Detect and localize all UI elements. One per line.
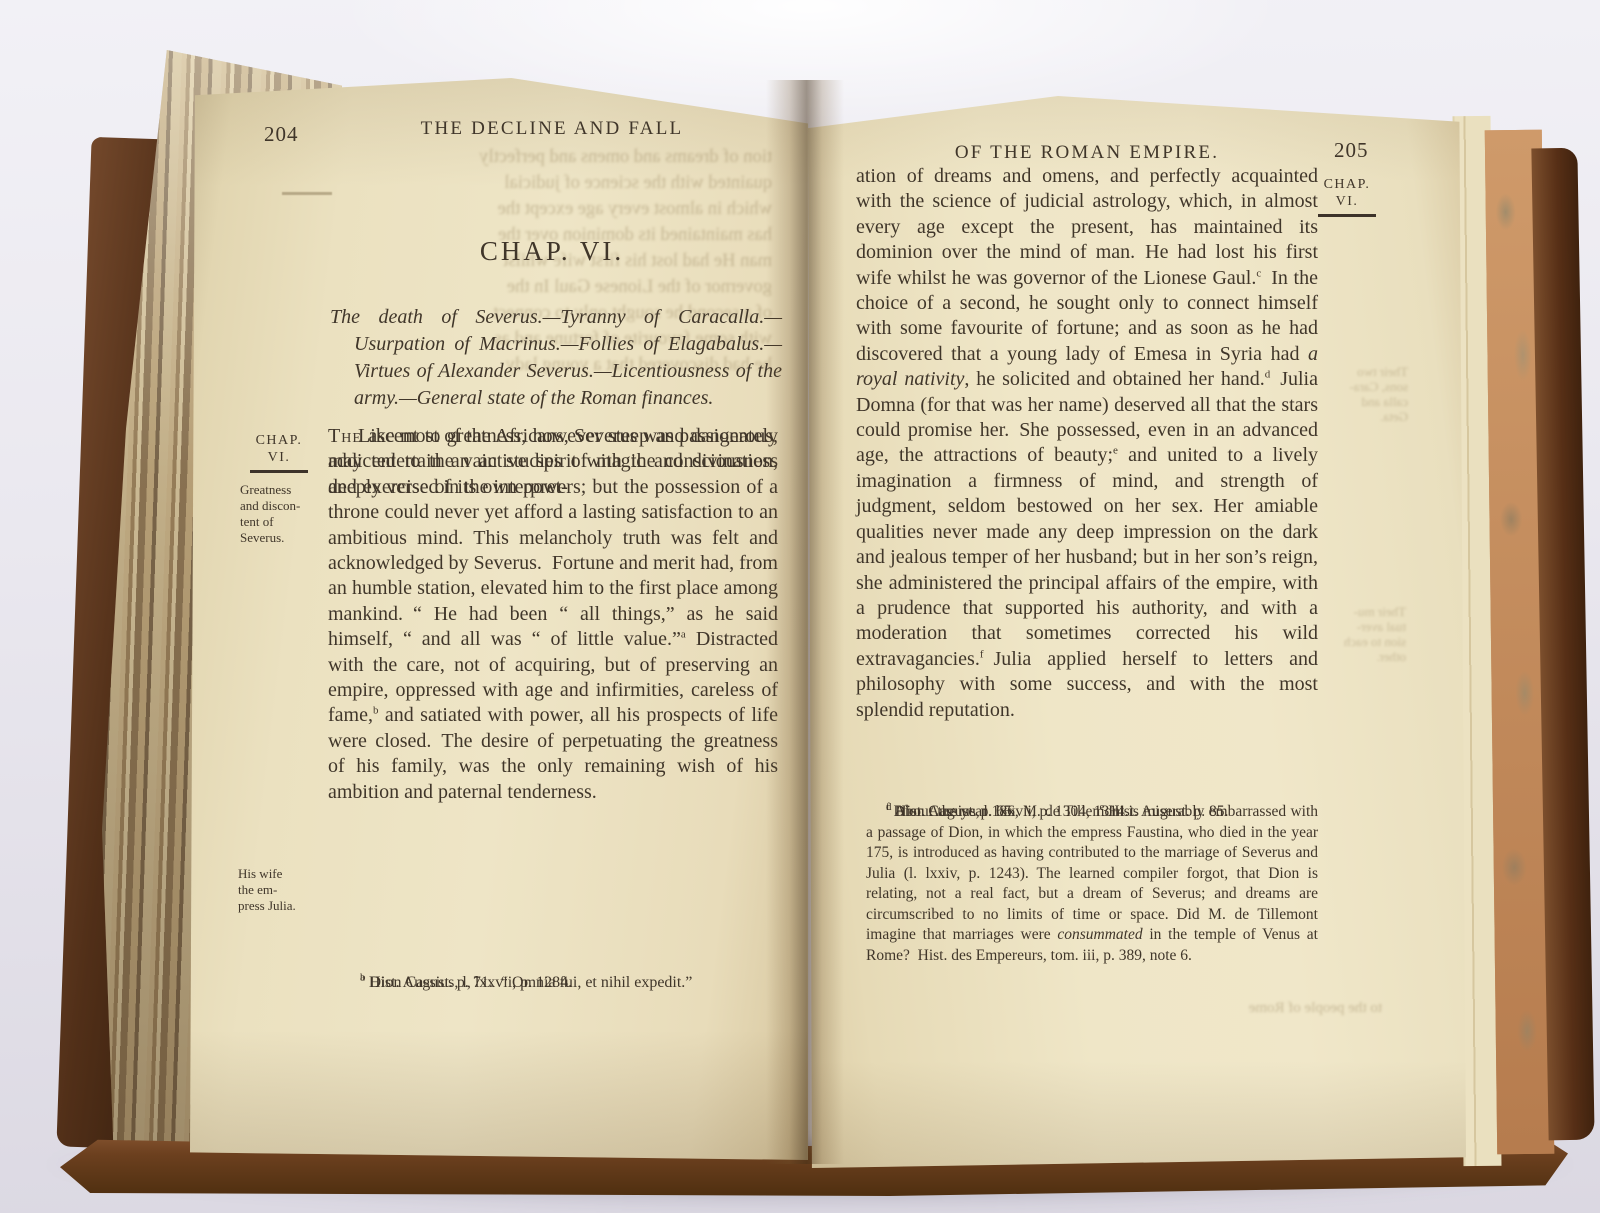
paragraph-continued: ation of dreams and omens, and perfectly… [856,164,1318,723]
show-through-margin-note: Their twosons, Cara-calla andGeta. [1344,364,1408,424]
chapter-heading: CHAP. VI. [328,236,776,267]
margin-rule [250,470,308,473]
footnote-b: b Dion Cassius, l, lxxvii, p. 1284. [340,972,572,994]
margin-note-julia: His wifethe em-press Julia. [238,866,324,914]
left-page-number: 204 [264,122,299,147]
book-photograph: 204 THE DECLINE AND FALL tion of dreams … [0,0,1600,1213]
left-page: 204 THE DECLINE AND FALL tion of dreams … [190,78,808,1160]
show-through-rule [282,192,332,195]
right-page-number: 205 [1334,138,1369,163]
right-page: OF THE ROMAN EMPIRE. 205 CHAP.VI. Their … [808,96,1466,1168]
footnote-c: c About the year 186, M. de Tillemont is… [866,802,1318,966]
margin-note-chap-right: CHAP.VI. [1314,176,1380,217]
chapter-argument: The death of Severus.—Tyranny of Caracal… [330,304,782,412]
margin-rule-right [1318,214,1376,217]
margin-note-chap: CHAP.VI. [246,432,312,473]
paragraph-2: Like most of the Africans, Severus was p… [328,424,778,500]
margin-chap-lines-right: CHAP.VI. [1314,176,1380,210]
footnote-f: f Dion Cassius, l. lxxvii, p. 1304, 1314… [866,802,1129,823]
left-running-title: THE DECLINE AND FALL [328,118,776,140]
right-running-title: OF THE ROMAN EMPIRE. [856,142,1318,164]
show-through-bottom-line: to the people of Rome [1212,1000,1382,1017]
margin-note-greatness: Greatnessand discon-tent ofSeverus. [240,482,326,546]
show-through-margin-note: Their mu-tual aver-sion to eachother. [1342,604,1406,664]
margin-chap-lines: CHAP.VI. [246,432,312,466]
